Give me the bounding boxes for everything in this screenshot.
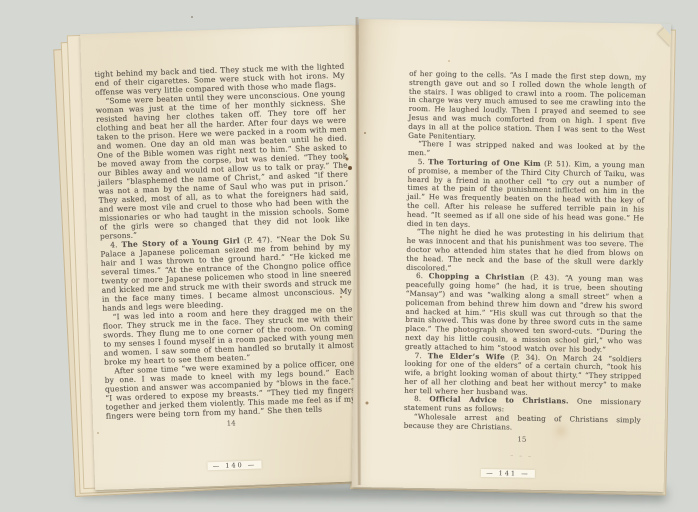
paragraph: 4. The Story of a Young Girl (P. 47). “N… [100, 232, 352, 312]
paragraph: “Some were beaten until they were uncons… [95, 89, 350, 241]
page-number-patch: — 140 — [208, 461, 262, 471]
book-photo-scene: tight behind my back and tied. They stuc… [0, 0, 698, 512]
page-number-patch: — 141 — [481, 469, 535, 478]
folded-corner-cutout [659, 23, 671, 36]
right-page-folio: 15 [403, 433, 640, 445]
paragraph: “I was led into a room and here they dra… [102, 304, 354, 366]
foxing-specks [0, 0, 2, 2]
paragraph: 6. Chopping a Christian (P. 43). “A youn… [405, 272, 643, 355]
paragraph: 5. The Torturing of One Kim (P. 51). Kim… [407, 158, 645, 232]
left-page-text: tight behind my back and tied. They stuc… [94, 62, 356, 421]
paragraph: 7. The Elder’s Wife (P. 34). On March 24… [404, 351, 642, 399]
left-page-number-label: — 140 — [94, 448, 374, 476]
left-page: tight behind my back and tied. They stuc… [80, 25, 375, 490]
right-page: of her going to the cells. “As I made th… [352, 19, 671, 492]
paragraph: of her going to the cells. “As I made th… [408, 70, 646, 144]
right-page-text: of her going to the cells. “As I made th… [404, 70, 647, 434]
paragraph: “The night he died he was protesting in … [406, 228, 644, 276]
paragraph: “Wholesale arrest and beating of Christi… [404, 413, 641, 434]
paragraph: After some time “we were examined by a p… [104, 358, 356, 420]
right-page-number-label: — 141 — [352, 458, 664, 482]
